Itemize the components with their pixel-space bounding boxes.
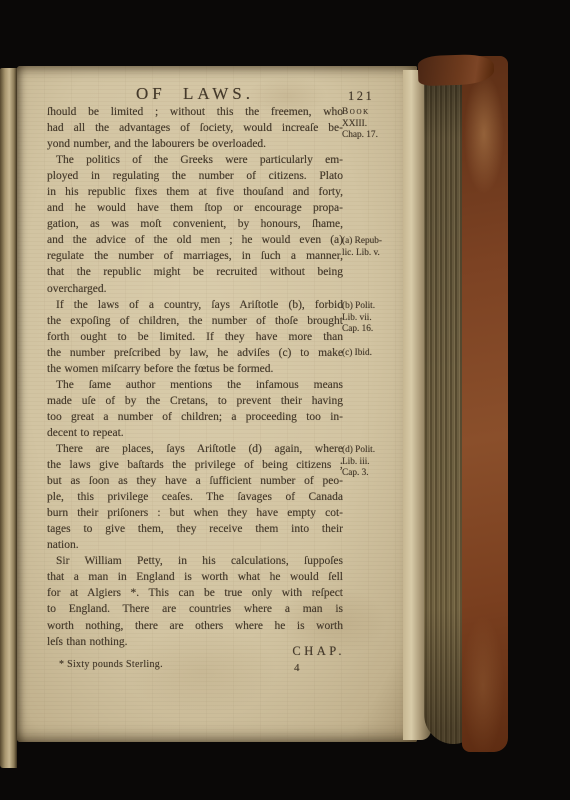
body-line: nation.	[47, 537, 343, 553]
margin-note-line: (c) Ibid.	[342, 348, 404, 360]
body-line: worth nothing, there are others where he…	[47, 618, 343, 634]
cover-wear-patch	[464, 74, 504, 194]
margin-note-line: (b) Polit.	[342, 301, 404, 313]
margin-note-line: Cap. 16.	[342, 324, 404, 336]
body-line: and he would have them ſtop or encourage…	[47, 200, 343, 216]
margin-notes-column: BookXXIII.Chap. 17.(a) Repub-lic. Lib. v…	[342, 0, 404, 800]
body-line: that the republic might be recruited wit…	[47, 264, 343, 280]
margin-note-line: Book	[342, 107, 404, 119]
body-line: to England. There are countries where a …	[47, 601, 343, 617]
body-line: the laws give baſtards the privilege of …	[47, 457, 343, 473]
running-title: OF LAWS.	[47, 84, 343, 104]
margin-note: (d) Polit.Lib. iii.Cap. 3.	[342, 445, 404, 480]
body-line: forth ought to be limited. If they have …	[47, 329, 343, 345]
catchword: CHAP.	[267, 644, 345, 659]
body-line: the expoſing of children, the number of …	[47, 313, 343, 329]
margin-note: BookXXIII.Chap. 17.	[342, 107, 404, 142]
body-line: made uſe of by the Cretans, to prevent t…	[47, 393, 343, 409]
cover-wear-patch	[462, 616, 504, 756]
margin-note-line: Lib. vii.	[342, 313, 404, 325]
footnote: * Sixty pounds Sterling.	[59, 659, 163, 670]
leather-cover-edge	[462, 56, 508, 752]
body-line: There are places, ſays Ariſtotle (d) aga…	[47, 441, 343, 457]
body-line: but as ſoon as they have a ſufficient nu…	[47, 473, 343, 489]
body-line: in his republic fixes them at five thouſ…	[47, 184, 343, 200]
body-line: yond number, and the labourers be overlo…	[47, 136, 343, 152]
body-line: the women miſcarry before the fœtus be f…	[47, 361, 343, 377]
body-line: burn their priſoners : but when they hav…	[47, 505, 343, 521]
body-line: Sir William Petty, in his calculations, …	[47, 553, 343, 569]
body-line: the number preſcribed by law, he adviſes…	[47, 345, 343, 361]
body-line: for at Algiers *. This can be true only …	[47, 585, 343, 601]
margin-note-line: (a) Repub-	[342, 236, 404, 248]
body-line: and the advice of the old men ; he would…	[47, 232, 343, 248]
margin-note-line: Cap. 3.	[342, 468, 404, 480]
body-line: tages to give them, they receive them in…	[47, 521, 343, 537]
body-line: The politics of the Greeks were particul…	[47, 152, 343, 168]
body-line: decent to repeat.	[47, 425, 343, 441]
body-line: ployed in regulating the number of citiz…	[47, 168, 343, 184]
left-page-stack-edge	[0, 68, 17, 768]
margin-note-line: lic. Lib. v.	[342, 248, 404, 260]
body-line: gation, as was moſt convenient, by honou…	[47, 216, 343, 232]
body-line: too great a number of children; a procee…	[47, 409, 343, 425]
photo-of-open-book: OF LAWS. 121 ſhould be limited ; without…	[0, 0, 570, 800]
margin-note: (b) Polit.Lib. vii.Cap. 16.	[342, 301, 404, 336]
margin-note: (c) Ibid.	[342, 348, 404, 360]
body-line: overcharged.	[47, 281, 343, 297]
body-line: had all the advantages of ſociety, would…	[47, 120, 343, 136]
margin-note: (a) Repub-lic. Lib. v.	[342, 236, 404, 259]
signature-mark: 4	[294, 662, 300, 674]
body-line: The ſame author mentions the infamous me…	[47, 377, 343, 393]
body-line: If the laws of a country, ſays Ariſtotle…	[47, 297, 343, 313]
margin-note-line: Lib. iii.	[342, 457, 404, 469]
margin-note-line: Chap. 17.	[342, 130, 404, 142]
body-line: ple, this privilege ceaſes. The ſavages …	[47, 489, 343, 505]
margin-note-line: (d) Polit.	[342, 445, 404, 457]
body-line: that a man in England is worth what he w…	[47, 569, 343, 585]
margin-note-line: XXIII.	[342, 119, 404, 131]
body-text: ſhould be limited ; without this the fre…	[47, 104, 343, 650]
body-line: ſhould be limited ; without this the fre…	[47, 104, 343, 120]
body-line: regulate the number of marriages, in ſuc…	[47, 248, 343, 264]
